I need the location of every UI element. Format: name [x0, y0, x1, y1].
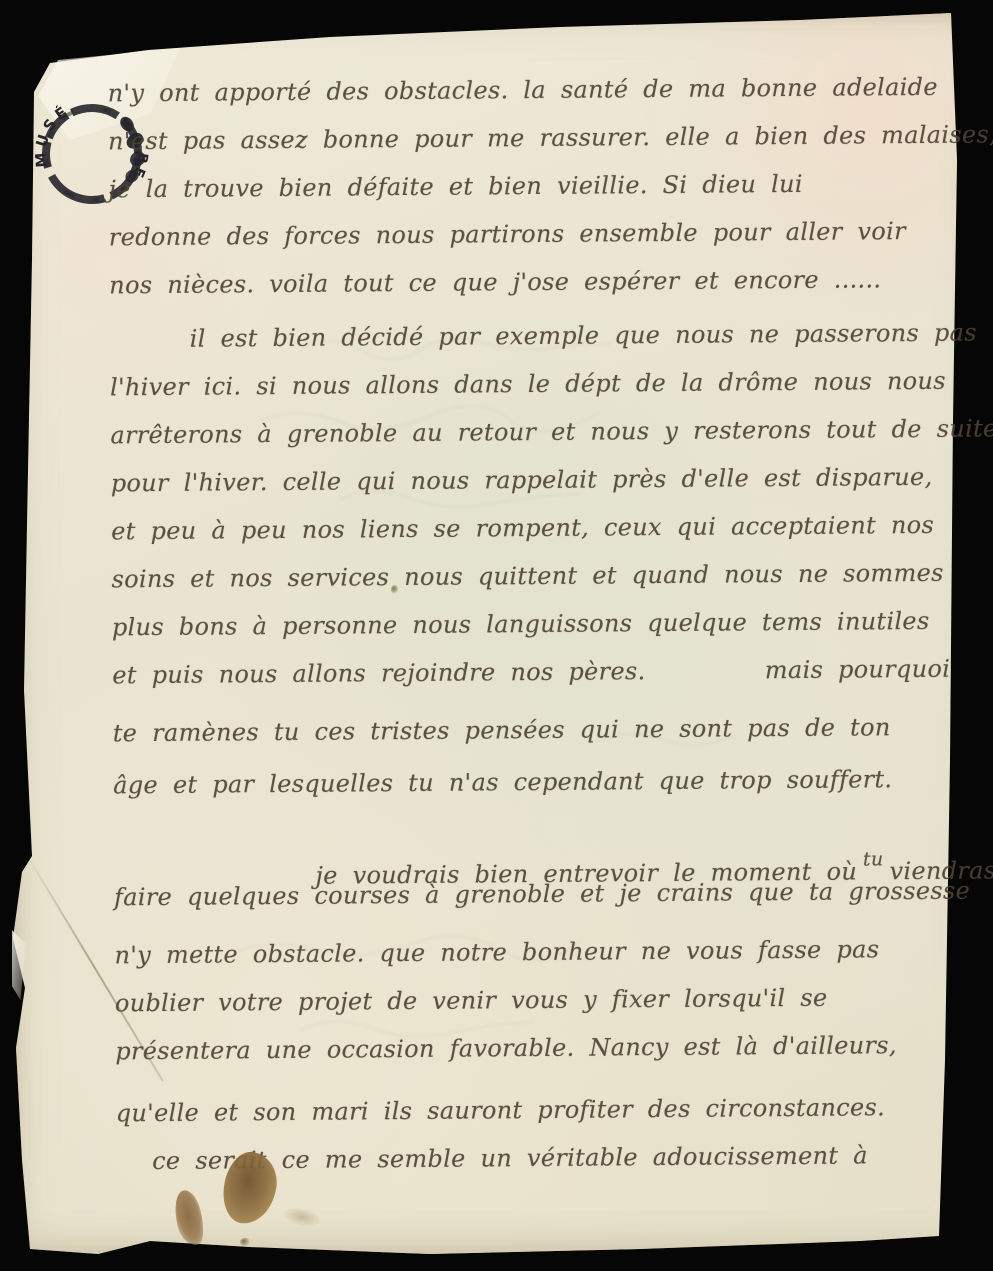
text-line: nos nièces. voila tout ce que j'ose espé…: [109, 265, 957, 320]
text-line: oublier votre projet de venir vous y fix…: [115, 983, 963, 1038]
text-line: qu'elle et son mari ils sauront profiter…: [116, 1093, 964, 1148]
text-line: je voudrais bien entrevoir le moment oùt…: [114, 829, 962, 884]
text-line: l'hiver ici. si nous allons dans le dépt…: [110, 367, 958, 422]
text-line: n'y mette obstacle. que notre bonheur ne…: [114, 935, 962, 990]
text-line: faire quelques courses à grenoble et je …: [114, 877, 962, 932]
handwritten-text: n'y ont apporté des obstacles. la santé …: [108, 73, 965, 1196]
text-line: plus bons à personne nous languissons qu…: [112, 607, 960, 662]
text-line: n'est pas assez bonne pour me rassurer. …: [108, 121, 956, 176]
text-line: redonne des forces nous partirons ensemb…: [109, 217, 957, 272]
text-line: soins et nos services nous quittent et q…: [111, 559, 959, 614]
text-line: et puis nous allons rejoindre nos pères.…: [112, 655, 960, 710]
text-line: et peu à peu nos liens se rompent, ceux …: [111, 511, 959, 566]
text-line: arrêterons à grenoble au retour et nous …: [110, 415, 958, 470]
text-line: je la trouve bien défaite et bien vieill…: [108, 169, 956, 224]
text-line: te ramènes tu ces tristes pensées qui ne…: [113, 713, 961, 768]
text-line: pour l'hiver. celle qui nous rappelait p…: [111, 463, 959, 518]
inserted-word-above-line: tu: [863, 848, 884, 870]
text-line: n'y ont apporté des obstacles. la santé …: [108, 73, 956, 128]
letter-page: MUSÉ BE n'y ont apporté des obstacles. l…: [0, 0, 993, 1271]
text-line: présentera une occasion favorable. Nancy…: [115, 1031, 963, 1086]
text-line: âge et par lesquelles tu n'as cependant …: [113, 765, 961, 820]
text-line: il est bien décidé par exemple que nous …: [110, 319, 958, 374]
